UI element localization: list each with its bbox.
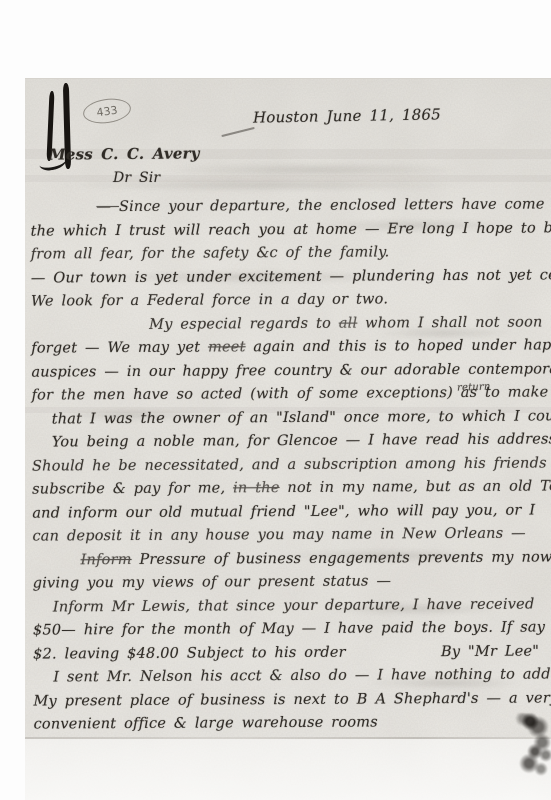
letter-line: We look for a Federal force in a day or … xyxy=(31,287,543,314)
superscript-note: return xyxy=(457,381,491,393)
letter-line: My especial regards to all whom I shall … xyxy=(149,311,543,337)
letter-line: from all fear, for the safety &c of the … xyxy=(31,240,543,267)
letter-dateline: Houston June 11, 1865 xyxy=(253,105,441,126)
letter-paper: 433 Houston June 11, 1865 Mess C. C. Ave… xyxy=(25,78,551,800)
letter-line: the which I trust will reach you at home… xyxy=(30,217,542,244)
letter-line: that I was the owner of an "Island" once… xyxy=(52,405,544,432)
letter-body: — Since your departure, the enclosed let… xyxy=(30,193,545,737)
letter-line: giving you my views of our present statu… xyxy=(33,569,545,596)
letter-line: auspices — in our happy free country & o… xyxy=(31,358,543,385)
letter-line: $50— hire for the month of May — I have … xyxy=(33,616,545,643)
scanned-letter-page: 433 Houston June 11, 1865 Mess C. C. Ave… xyxy=(0,0,551,800)
letter-line: $2. leaving $48.00 Subject to his orderB… xyxy=(33,640,545,667)
page-crease xyxy=(25,737,551,739)
letter-line: My present place of business is next to … xyxy=(33,687,545,714)
letter-line: Should he be necessitated, and a subscri… xyxy=(32,452,544,479)
letter-line: I sent Mr. Nelson his acct & also do — I… xyxy=(53,663,545,690)
letter-line: You being a noble man, for Glencoe — I h… xyxy=(52,428,544,455)
letter-line: — Since your departure, the enclosed let… xyxy=(96,193,542,219)
letter-line: Inform Pressure of business engagements … xyxy=(81,546,545,572)
archival-number-stamp: 433 xyxy=(82,96,133,126)
letter-line: forget — We may yet meet again and this … xyxy=(31,334,543,361)
letter-line: Inform Mr Lewis, that since your departu… xyxy=(53,593,545,620)
letter-line: subscribe & pay for me, in the not in my… xyxy=(32,475,544,502)
letter-salutation: Dr Sir xyxy=(113,170,160,186)
bottom-margin-fade xyxy=(25,739,551,800)
ink-blot xyxy=(493,713,551,783)
archival-number: 433 xyxy=(96,103,119,119)
letter-line: can deposit it in any house you may name… xyxy=(32,522,544,549)
scan-streak xyxy=(25,175,551,182)
letter-line: convenient office & large warehouse room… xyxy=(34,710,546,737)
letter-line: and inform our old mutual friend "Lee", … xyxy=(32,499,544,526)
bleedthrough-smudge xyxy=(165,163,465,177)
letter-addressee: Mess C. C. Avery xyxy=(49,144,200,163)
letter-line-right-note: By "Mr Lee" xyxy=(441,640,539,664)
letter-line: — Our town is yet under excitement — plu… xyxy=(31,264,543,291)
stray-pen-mark xyxy=(221,127,254,137)
